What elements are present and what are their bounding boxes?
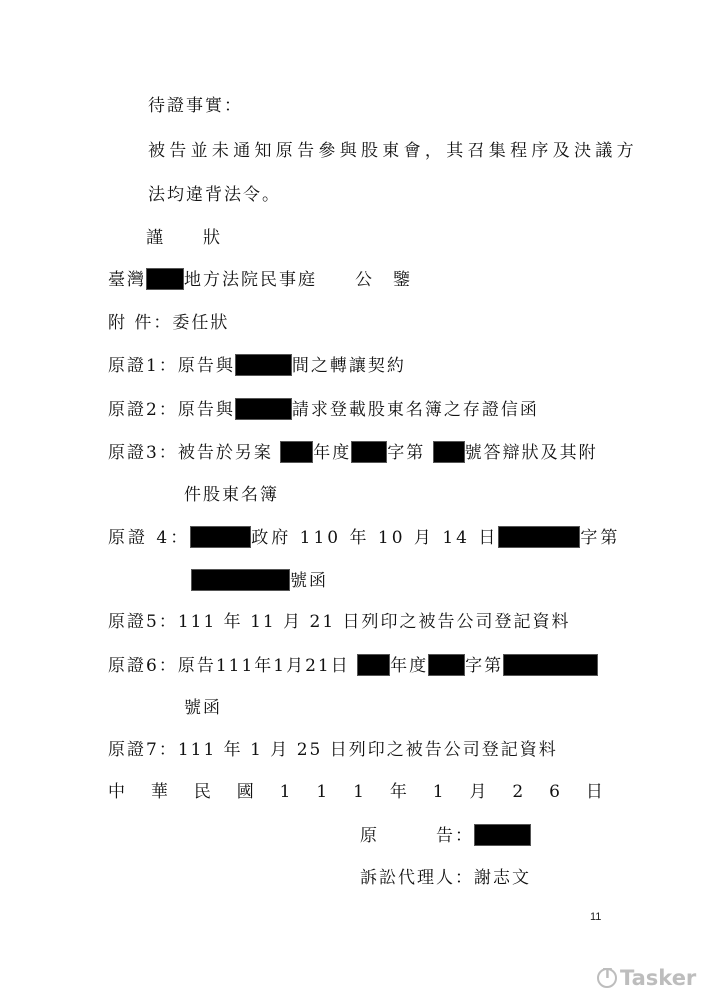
redaction-box <box>498 526 580 548</box>
redaction-box <box>351 441 387 463</box>
evidence-4-continuation: 號函 <box>191 569 328 592</box>
redaction-box <box>503 654 598 676</box>
evidence-5: 原證5：111 年 11 月 21 日列印之被告公司登記資料 <box>108 611 571 633</box>
redaction-box <box>235 354 292 376</box>
evidence-7: 原證7：111 年 1 月 25 日列印之被告公司登記資料 <box>108 739 558 761</box>
date-char: 年 <box>390 781 407 803</box>
date-char: 2 <box>512 781 523 803</box>
attorney-signature: 訴訟代理人：謝志文 <box>360 867 531 889</box>
date-char: 月 <box>469 781 486 803</box>
court-to: 公 鑒 <box>355 270 412 290</box>
redaction-box <box>190 526 251 548</box>
court-suffix: 地方法院民事庭 <box>184 270 317 290</box>
redaction-box <box>191 569 290 591</box>
redaction-box <box>235 398 292 420</box>
evidence-6-continuation: 號函 <box>184 697 222 719</box>
evidence-text: 請求登載股東名簿之存證信函 <box>292 400 539 420</box>
court-line: 臺灣地方法院民事庭公 鑒 <box>108 268 412 291</box>
evidence-text: 號函 <box>290 571 328 591</box>
plaintiff-signature: 原 告： <box>360 824 531 847</box>
date-char: 1 <box>280 781 291 803</box>
evidence-text: 政府 110 年 10 月 14 日 <box>251 528 498 548</box>
evidence-text: 間之轉讓契約 <box>292 356 406 376</box>
attorney-name: 謝志文 <box>474 868 531 888</box>
evidence-text: 被告於另案 <box>178 443 273 463</box>
date-char: 日 <box>586 781 603 803</box>
watermark-text: Tasker <box>620 966 696 990</box>
date-char: 中 <box>108 781 125 803</box>
date-char: 國 <box>237 781 254 803</box>
evidence-text: 字第 <box>465 656 503 676</box>
evidence-1: 原證1：原告與間之轉讓契約 <box>108 354 406 377</box>
evidence-label: 原證1： <box>108 356 178 376</box>
evidence-text: 年度 <box>390 656 428 676</box>
facts-heading: 待證事實： <box>148 95 243 117</box>
date-char: 1 <box>433 781 444 803</box>
respectfully-submitted: 謹 狀 <box>146 227 222 249</box>
evidence-2: 原證2：原告與請求登載股東名簿之存證信函 <box>108 398 539 421</box>
tasker-logo-icon <box>597 968 617 988</box>
evidence-label: 原證7： <box>108 740 178 760</box>
court-prefix: 臺灣 <box>108 270 146 290</box>
evidence-4: 原證 4：政府 110 年 10 月 14 日字第 <box>108 526 620 549</box>
evidence-text: 原告與 <box>178 356 235 376</box>
facts-line-1: 被告並未通知原告參與股東會，其召集程序及決議方 <box>148 140 638 162</box>
filing-date: 中 華 民 國 1 1 1 年 1 月 2 6 日 <box>108 781 603 803</box>
evidence-text: 號答辯狀及其附 <box>465 443 598 463</box>
evidence-text: 原告111年1月21日 <box>178 656 350 676</box>
evidence-text: 111 年 1 月 25 日列印之被告公司登記資料 <box>178 740 558 760</box>
date-char: 1 <box>353 781 364 803</box>
plaintiff-label: 原 告： <box>360 826 474 846</box>
date-char: 6 <box>549 781 560 803</box>
evidence-label: 原證2： <box>108 400 178 420</box>
evidence-3: 原證3：被告於另案 年度字第 號答辯狀及其附 <box>108 441 598 464</box>
date-char: 民 <box>194 781 211 803</box>
redaction-box <box>280 441 313 463</box>
evidence-6: 原證6：原告111年1月21日 年度字第 <box>108 654 598 677</box>
evidence-text: 原告與 <box>178 400 235 420</box>
evidence-label: 原證3： <box>108 443 178 463</box>
attachment-line: 附 件：委任狀 <box>108 312 229 334</box>
date-char: 華 <box>151 781 168 803</box>
page-number: 11 <box>590 911 601 923</box>
redaction-box <box>428 654 465 676</box>
redaction-box <box>474 824 531 846</box>
evidence-text: 字第 <box>387 443 425 463</box>
redaction-box <box>357 654 390 676</box>
evidence-text: 年度 <box>313 443 351 463</box>
attorney-label: 訴訟代理人： <box>360 868 474 888</box>
facts-line-2: 法均違背法令。 <box>148 184 281 206</box>
evidence-3-continuation: 件股東名簿 <box>184 484 279 506</box>
date-char: 1 <box>316 781 327 803</box>
evidence-label: 原證5： <box>108 612 178 632</box>
evidence-text: 字第 <box>580 528 620 548</box>
redaction-box <box>433 441 465 463</box>
evidence-text: 111 年 11 月 21 日列印之被告公司登記資料 <box>178 612 571 632</box>
evidence-label: 原證6： <box>108 656 178 676</box>
evidence-label: 原證 4： <box>108 528 190 548</box>
watermark: Tasker <box>597 966 696 990</box>
redaction-box <box>146 268 184 290</box>
